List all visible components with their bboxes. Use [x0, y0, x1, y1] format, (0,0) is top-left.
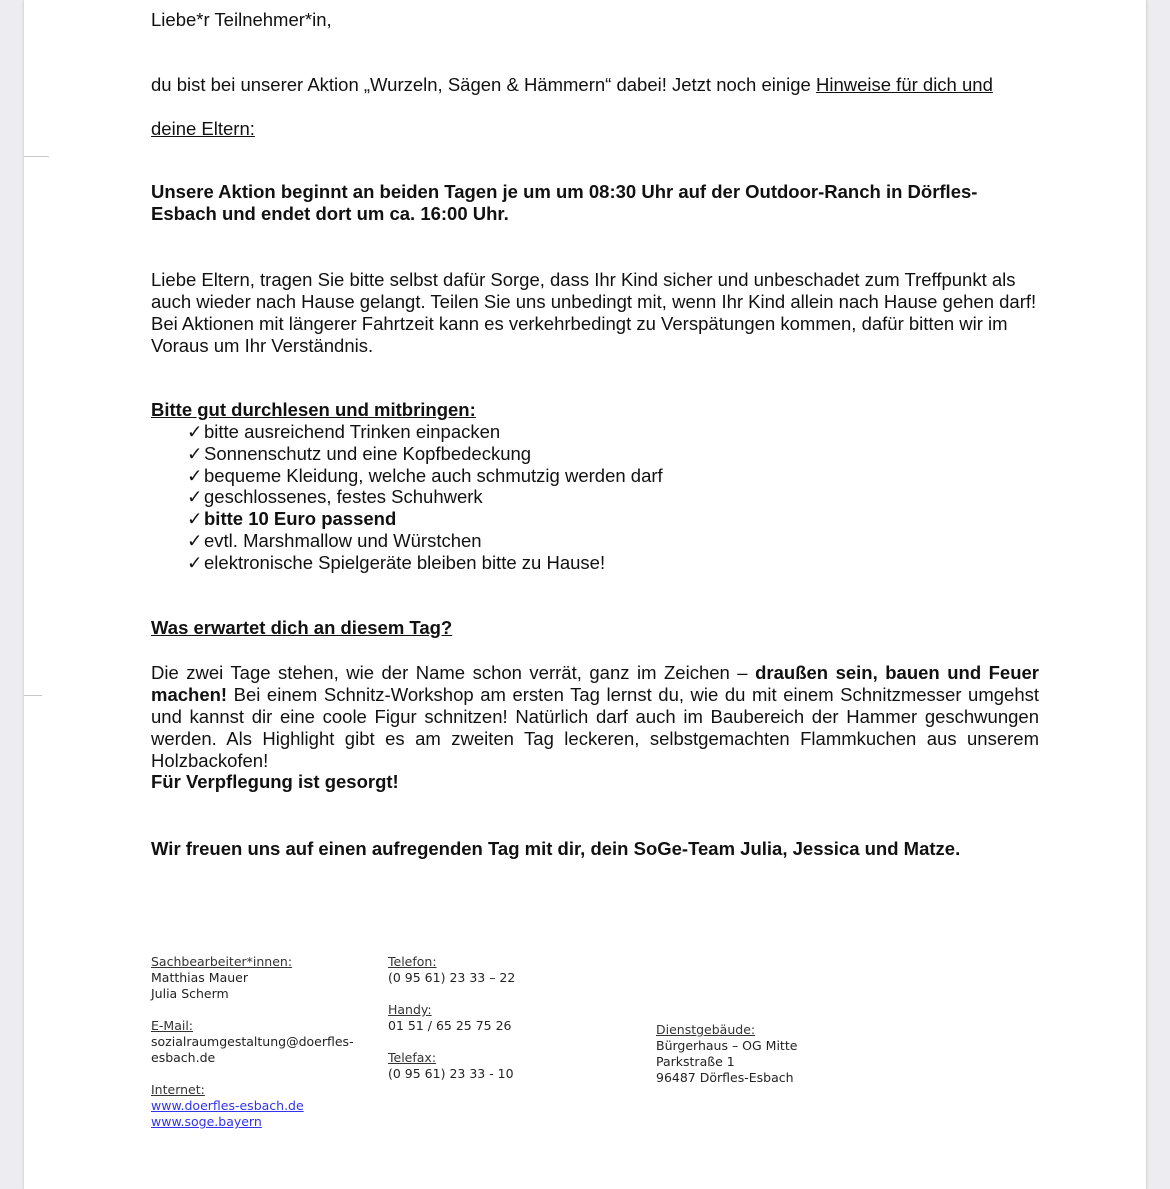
office-line: Parkstraße 1: [656, 1054, 797, 1070]
checklist-item: ✓bitte 10 Euro passend: [187, 508, 663, 530]
mobile-label: Handy:: [388, 1002, 515, 1018]
checklist-item-text: evtl. Marshmallow und Würstchen: [204, 530, 482, 551]
footer-office: Dienstgebäude: Bürgerhaus – OG Mitte Par…: [656, 1022, 797, 1086]
website-link[interactable]: www.doerfles-esbach.de: [151, 1098, 354, 1114]
contacts-label: Sachbearbeiter*innen:: [151, 954, 354, 970]
expectations-text-start: Die zwei Tage stehen, wie der Name schon…: [151, 662, 755, 683]
intro-line: du bist bei unserer Aktion „Wurzeln, Säg…: [151, 74, 993, 96]
intro-underlined-text-2: deine Eltern:: [151, 118, 255, 140]
checkmark-icon: ✓: [187, 508, 204, 530]
fax-label: Telefax:: [388, 1050, 515, 1066]
schedule-line-2: Esbach und endet dort um ca. 16:00 Uhr.: [151, 203, 509, 225]
footer-contacts: Sachbearbeiter*innen: Matthias Mauer Jul…: [151, 954, 354, 1130]
expectations-text: Die zwei Tage stehen, wie der Name schon…: [151, 662, 1039, 772]
checkmark-icon: ✓: [187, 530, 204, 552]
catering-note: Für Verpflegung ist gesorgt!: [151, 771, 399, 793]
footer-phones: Telefon: (0 95 61) 23 33 – 22 Handy: 01 …: [388, 954, 515, 1082]
fax-number: (0 95 61) 23 33 - 10: [388, 1066, 515, 1082]
checkmark-icon: ✓: [187, 443, 204, 465]
checklist-item: ✓bitte ausreichend Trinken einpacken: [187, 421, 663, 443]
office-line: Bürgerhaus – OG Mitte: [656, 1038, 797, 1054]
checklist-item-text: elektronische Spielgeräte bleiben bitte …: [204, 552, 605, 573]
expectations-text-rest: Bei einem Schnitz-Workshop am ersten Tag…: [151, 684, 1039, 771]
checklist-heading: Bitte gut durchlesen und mitbringen:: [151, 399, 476, 421]
phone-label: Telefon:: [388, 954, 515, 970]
contact-name: Julia Scherm: [151, 986, 354, 1002]
checklist-item: ✓evtl. Marshmallow und Würstchen: [187, 530, 663, 552]
internet-label: Internet:: [151, 1082, 354, 1098]
parents-note: Liebe Eltern, tragen Sie bitte selbst da…: [151, 269, 1039, 357]
intro-text: du bist bei unserer Aktion „Wurzeln, Säg…: [151, 74, 816, 95]
email-label: E-Mail:: [151, 1018, 354, 1034]
checklist-item: ✓geschlossenes, festes Schuhwerk: [187, 486, 663, 508]
checklist-item-text: bitte 10 Euro passend: [204, 508, 396, 529]
fold-mark: [24, 695, 42, 696]
closing: Wir freuen uns auf einen aufregenden Tag…: [151, 838, 960, 860]
email-line: esbach.de: [151, 1050, 354, 1066]
expectations-heading: Was erwartet dich an diesem Tag?: [151, 617, 452, 639]
website-link[interactable]: www.soge.bayern: [151, 1114, 354, 1130]
checklist-item-text: geschlossenes, festes Schuhwerk: [204, 486, 483, 507]
checklist-item-text: bitte ausreichend Trinken einpacken: [204, 421, 500, 442]
checklist-item: ✓bequeme Kleidung, welche auch schmutzig…: [187, 465, 663, 487]
checkmark-icon: ✓: [187, 552, 204, 574]
fold-mark: [24, 156, 49, 157]
mobile-number: 01 51 / 65 25 75 26: [388, 1018, 515, 1034]
office-label: Dienstgebäude:: [656, 1022, 797, 1038]
checklist-item-text: Sonnenschutz und eine Kopfbedeckung: [204, 443, 531, 464]
contact-name: Matthias Mauer: [151, 970, 354, 986]
checklist-item: ✓Sonnenschutz und eine Kopfbedeckung: [187, 443, 663, 465]
checkmark-icon: ✓: [187, 486, 204, 508]
greeting: Liebe*r Teilnehmer*in,: [151, 9, 332, 31]
checkmark-icon: ✓: [187, 465, 204, 487]
checkmark-icon: ✓: [187, 421, 204, 443]
checklist-item-text: bequeme Kleidung, welche auch schmutzig …: [204, 465, 663, 486]
schedule-line-1: Unsere Aktion beginnt an beiden Tagen je…: [151, 181, 977, 203]
phone-number: (0 95 61) 23 33 – 22: [388, 970, 515, 986]
checklist-item: ✓elektronische Spielgeräte bleiben bitte…: [187, 552, 663, 574]
email-line: sozialraumgestaltung@doerfles-: [151, 1034, 354, 1050]
intro-underlined-text: Hinweise für dich und: [816, 74, 993, 95]
checklist: ✓bitte ausreichend Trinken einpacken✓Son…: [187, 421, 663, 574]
office-line: 96487 Dörfles-Esbach: [656, 1070, 797, 1086]
